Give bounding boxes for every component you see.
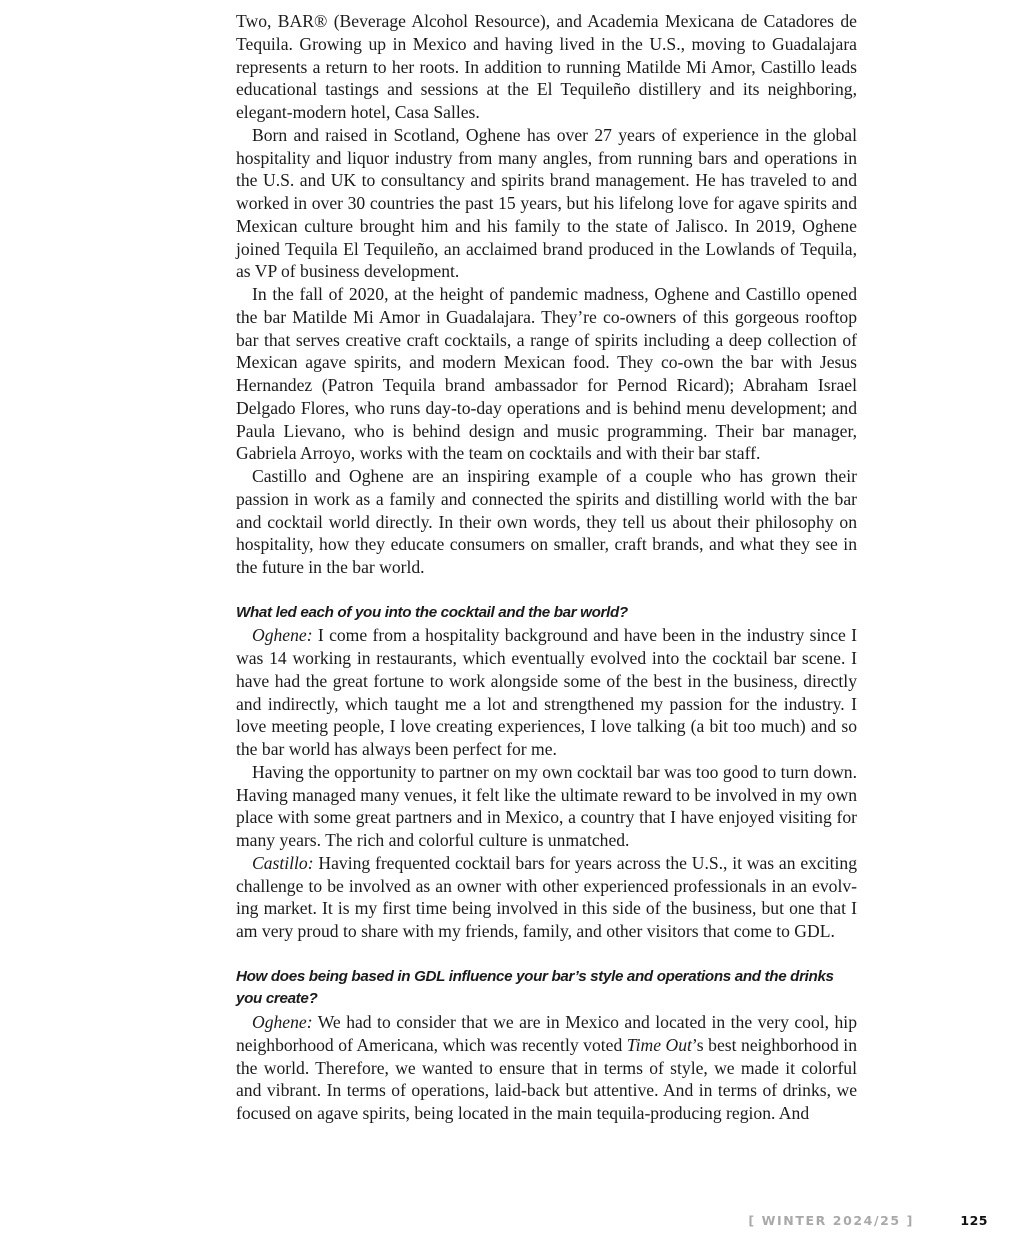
interview-answer: Oghene: We had to consider that we are i… — [236, 1011, 857, 1125]
issue-label: [ WINTER 2024/25 ] — [748, 1213, 914, 1228]
speaker-label: Oghene: — [252, 1012, 313, 1032]
article-paragraph: Born and raised in Scotland, Oghene has … — [236, 124, 857, 283]
page-footer: [ WINTER 2024/25 ] 125 — [0, 1213, 1020, 1233]
publication-title: Time Out — [627, 1035, 692, 1055]
article-paragraph: Two, BAR® (Beverage Alcohol Resource), a… — [236, 10, 857, 124]
interview-question: How does being based in GDL influence yo… — [236, 966, 857, 1012]
interview-question: What led each of you into the cocktail a… — [236, 602, 857, 625]
interview-answer: Having the opportunity to partner on my … — [236, 761, 857, 852]
article-body-column: Two, BAR® (Beverage Alcohol Resource), a… — [236, 10, 857, 1125]
page-number: 125 — [960, 1213, 988, 1228]
article-paragraph: Castillo and Oghene are an inspiring exa… — [236, 465, 857, 579]
answer-text: Having the opportunity to partner on my … — [236, 762, 857, 850]
interview-answer: Oghene: I come from a hospitality backgr… — [236, 624, 857, 761]
interview-answer: Castillo: Having frequented cocktail bar… — [236, 852, 857, 943]
answer-text: I come from a hospitality background and… — [236, 625, 857, 759]
article-paragraph: In the fall of 2020, at the height of pa… — [236, 283, 857, 465]
speaker-label: Oghene: — [252, 625, 313, 645]
speaker-label: Castillo: — [252, 853, 314, 873]
answer-text: Having frequented cocktail bars for year… — [236, 853, 857, 941]
